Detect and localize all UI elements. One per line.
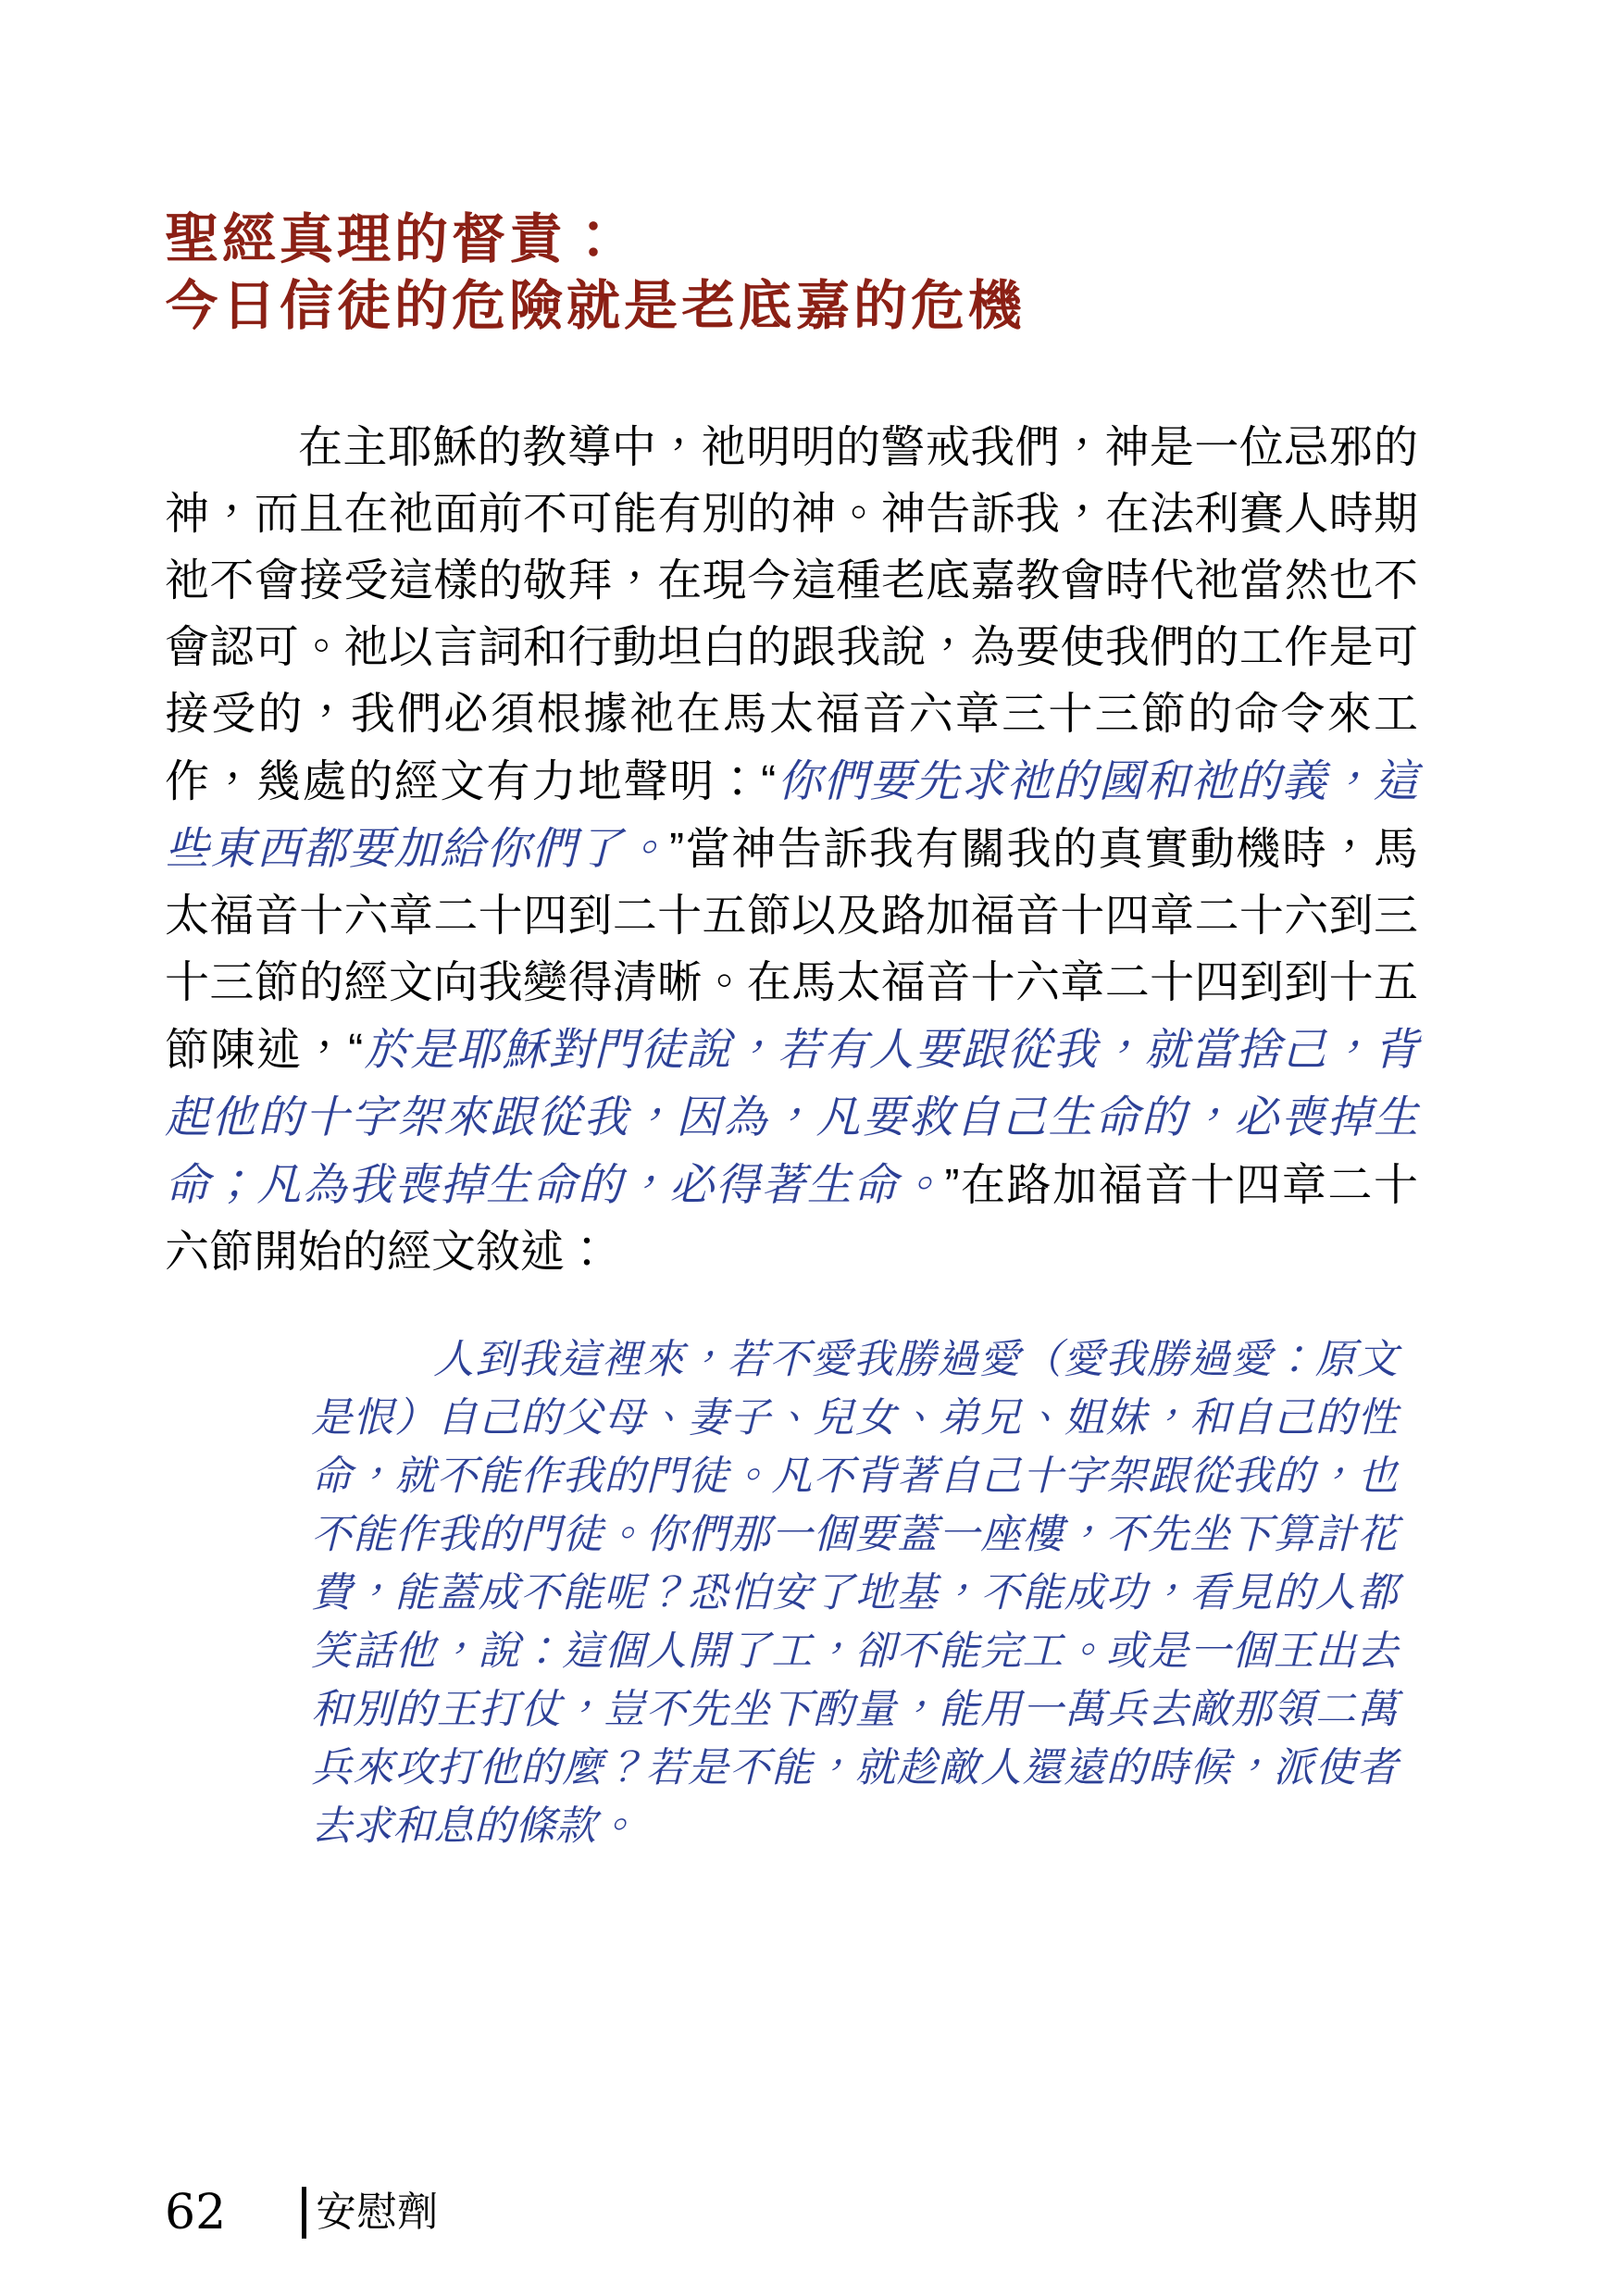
chapter-heading: 聖經真理的督責： 今日信徒的危險就是老底嘉的危機: [165, 206, 1418, 339]
chapter-heading-line-1: 聖經真理的督責：: [165, 206, 1418, 272]
page-content: 聖經真理的督責： 今日信徒的危險就是老底嘉的危機 在主耶穌的教導中，祂明明的警戒…: [165, 0, 1418, 1855]
footer-divider: [302, 2187, 306, 2239]
page-number: 62: [165, 2189, 226, 2237]
page-footer: 62 安慰劑: [165, 2187, 438, 2239]
chapter-heading-line-2: 今日信徒的危險就是老底嘉的危機: [165, 272, 1418, 339]
scripture-blockquote: 人到我這裡來，若不愛我勝過愛（愛我勝過愛：原文是恨）自己的父母、妻子、兒女、弟兄…: [311, 1330, 1398, 1855]
running-title: 安慰劑: [316, 2192, 438, 2233]
book-page: 聖經真理的督責： 今日信徒的危險就是老底嘉的危機 在主耶穌的教導中，祂明明的警戒…: [0, 0, 1618, 2296]
body-paragraph: 在主耶穌的教導中，祂明明的警戒我們，神是一位忌邪的神，而且在祂面前不可能有別的神…: [165, 415, 1418, 1286]
body-text-run: 在主耶穌的教導中，祂明明的警戒我們，神是一位忌邪的神，而且在祂面前不可能有別的神…: [165, 423, 1418, 806]
